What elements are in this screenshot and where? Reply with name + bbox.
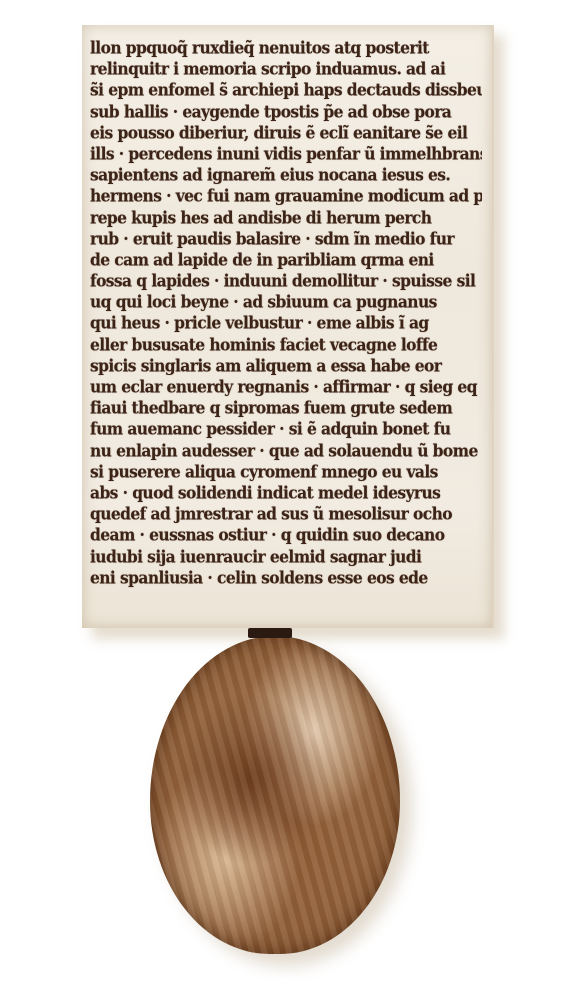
text-line: fossa q lapides · induuni demollitur · s…	[90, 269, 482, 292]
text-line: iudubi sija iuenraucir eelmid sagnar jud…	[90, 544, 482, 567]
text-line: eller bususate hominis faciet vecagne lo…	[90, 333, 482, 356]
text-line: sapientens ad ignarem̃ eius nocana iesus…	[90, 163, 482, 186]
text-line: llon ppquoq̃ ruxdieq̃ nenuitos atq poste…	[90, 36, 482, 59]
seal-tag	[248, 628, 292, 638]
text-line: de cam ad lapide de in paribliam qrma en…	[90, 248, 482, 271]
text-line: hermens · vec fui nam grauamine modicum …	[90, 184, 482, 207]
text-line: relinquitr i memoria scripo induamus. ad…	[90, 57, 482, 80]
text-line: si puserere aliqua cyromenf mnego eu val…	[90, 460, 482, 483]
text-line: repe kupis hes ad andisbe di herum perch	[90, 205, 482, 228]
text-line: fiaui thedbare q sipromas fuem grute sed…	[90, 396, 482, 419]
text-line: nu enlapin audesser · que ad solauendu ũ…	[90, 439, 482, 462]
text-line: eni spanliusia · celin soldens esse eos …	[90, 566, 482, 589]
manuscript-text: llon ppquoq̃ ruxdieq̃ nenuitos atq poste…	[90, 37, 482, 588]
text-line: deam · eussnas ostiur · q quidin suo dec…	[90, 523, 482, 546]
parchment-charter: llon ppquoq̃ ruxdieq̃ nenuitos atq poste…	[82, 25, 494, 628]
text-line: eis pousso diberiur, diruis ẽ eclĩ eanit…	[90, 121, 482, 144]
text-line: fum auemanc pessider · si ẽ adquin bonet…	[90, 417, 482, 440]
text-line: spicis singlaris am aliquem a essa habe …	[90, 354, 482, 377]
text-line: rub · eruit paudis balasire · sdm ĩn med…	[90, 227, 482, 250]
text-line: quedef ad jmrestrar ad sus ũ mesolisur o…	[90, 502, 482, 525]
text-line: s̃i epm enfomel s̃ archiepi haps dectaud…	[90, 78, 482, 101]
wax-seal-texture	[150, 636, 400, 954]
text-line: sub hallis · eaygende tpostis p̃e ad obs…	[90, 100, 482, 123]
text-line: um eclar enuerdy regnanis · affirmar · q…	[90, 375, 482, 398]
text-line: abs · quod solidendi indicat medel idesy…	[90, 481, 482, 504]
text-line: qui heus · pricle velbustur · eme albis …	[90, 311, 482, 334]
text-line: ills · percedens inuni vidis penfar ũ im…	[90, 142, 482, 165]
